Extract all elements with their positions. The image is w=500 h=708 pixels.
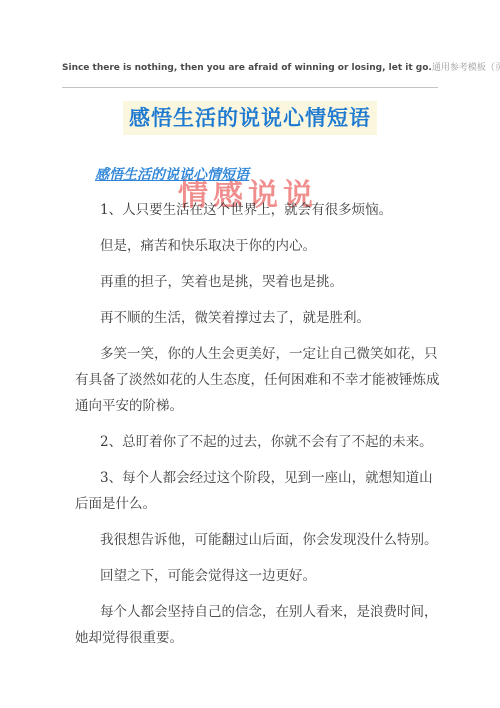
header-quote-en: Since there is nothing, then you are afr…	[62, 63, 432, 73]
paragraph-4: 再不顺的生活，微笑着撑过去了，就是胜利。	[75, 305, 441, 331]
document-page: Since there is nothing, then you are afr…	[0, 0, 500, 708]
paragraph-3: 再重的担子，笑着也是挑，哭着也是挑。	[75, 269, 441, 295]
paragraph-9: 回望之下，可能会觉得这一边更好。	[75, 563, 441, 589]
document-body: 感悟生活的说说心情短语 1、人只要生活在这个世界上，就会有很多烦恼。 但是，痛苦…	[75, 168, 441, 651]
title-row: 感悟生活的说说心情短语	[0, 101, 500, 135]
paragraph-2: 但是，痛苦和快乐取决于你的内心。	[75, 233, 441, 259]
page-header: Since there is nothing, then you are afr…	[62, 0, 438, 88]
paragraph-5: 多笑一笑，你的人生会更美好，一定让自己微笑如花，只有具备了淡然如花的人生态度，任…	[75, 341, 441, 419]
paragraph-8: 我很想告诉他，可能翻过山后面，你会发现没什么特别。	[75, 527, 441, 553]
paragraph-7: 3、每个人都会经过这个阶段，见到一座山，就想知道山后面是什么。	[75, 465, 441, 517]
section-heading: 感悟生活的说说心情短语	[95, 168, 441, 183]
paragraph-1: 1、人只要生活在这个世界上，就会有很多烦恼。	[75, 197, 441, 223]
header-template-note: 通用参考模板（页眉可删）	[432, 63, 500, 73]
page-title: 感悟生活的说说心情短语	[123, 101, 377, 135]
paragraph-6: 2、总盯着你了不起的过去，你就不会有了不起的未来。	[75, 429, 441, 455]
paragraph-10: 每个人都会坚持自己的信念，在别人看来，是浪费时间，她却觉得很重要。	[75, 599, 441, 651]
